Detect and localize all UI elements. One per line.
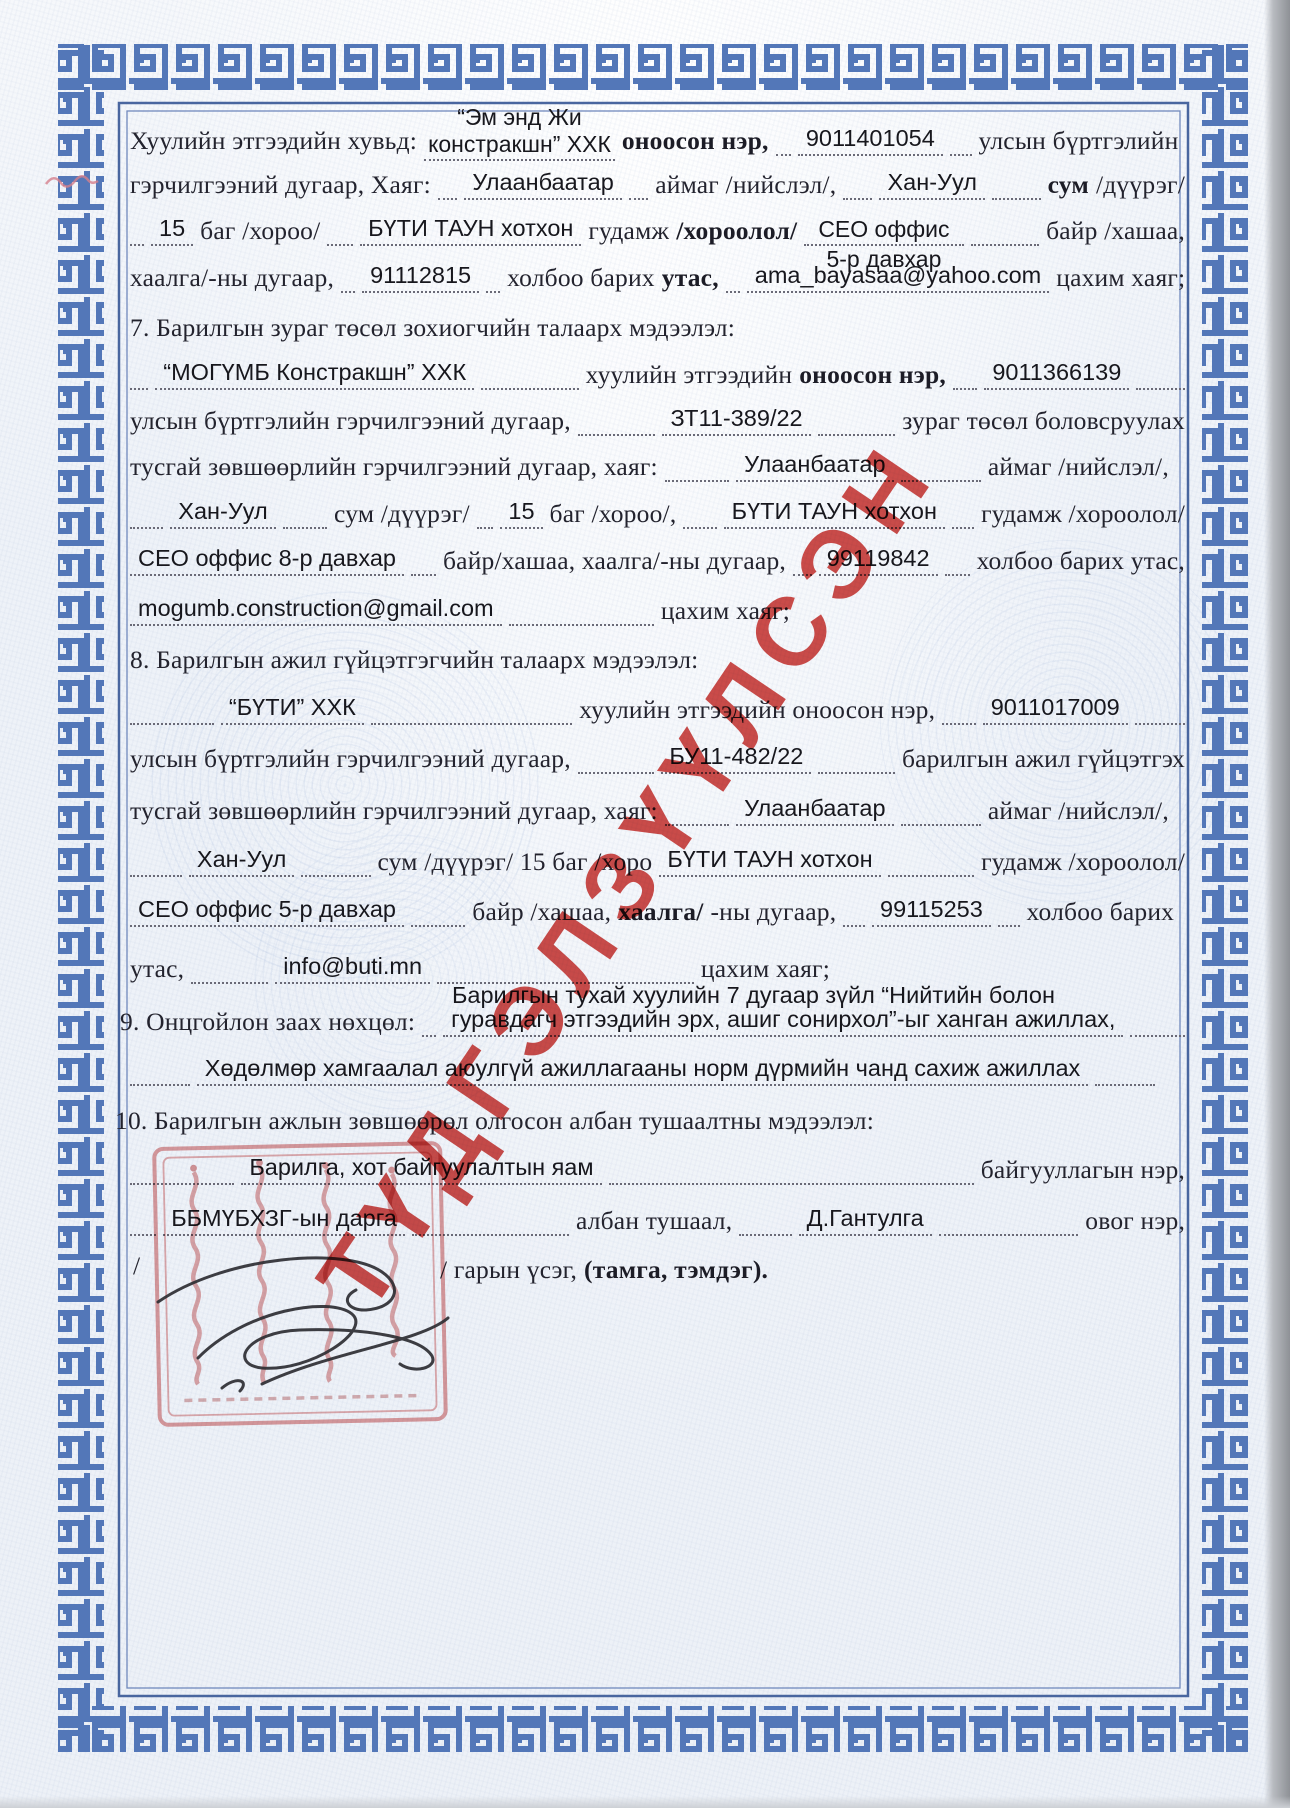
- filled-value: Улаанбаатар: [736, 795, 893, 826]
- dotted-leader: [793, 556, 812, 576]
- dotted-leader: [301, 857, 370, 877]
- form-text: холбоо барих: [507, 263, 655, 293]
- filled-value: гуравдагч этгээдийн эрх, ашиг сонирхол”-…: [443, 1006, 1123, 1037]
- dotted-leader: [998, 907, 1020, 927]
- form-text: оноосон нэр,: [799, 360, 946, 390]
- dotted-leader: [130, 509, 163, 529]
- dotted-leader: [992, 180, 1041, 200]
- form-text: утас,: [662, 263, 719, 293]
- form-line: “БҮТИ” ХХКхуулийн этгээдийн оноосон нэр,…: [130, 689, 1185, 725]
- dotted-leader: [1136, 370, 1185, 390]
- dotted-leader: [130, 370, 148, 390]
- dotted-leader: [327, 226, 353, 246]
- dotted-leader: [818, 416, 896, 436]
- dotted-leader: [953, 370, 977, 390]
- section-heading: 10. Барилгын ажлын зөвшөөрөл олгосон алб…: [115, 1100, 874, 1136]
- dotted-leader: [901, 806, 981, 826]
- dotted-leader: [609, 1165, 974, 1185]
- stacked-filled-value: “Эм энд Жиконстракшн” ХХК: [424, 104, 615, 161]
- form-line: СЕО оффис 8-р давхарбайр/хашаа, хаалга/-…: [130, 540, 1185, 576]
- dotted-leader: [665, 462, 729, 482]
- form-line: улсын бүртгэлийн гэрчилгээний дугаар,ЗТ1…: [130, 400, 1185, 436]
- dotted-leader: [481, 370, 578, 390]
- dotted-leader: [971, 226, 1040, 246]
- form-text: /: [133, 1251, 140, 1281]
- dotted-leader: [945, 556, 970, 576]
- form-text: аймаг /нийслэл/,: [655, 170, 836, 200]
- form-text: аймаг /нийслэл/,: [988, 796, 1169, 826]
- certificate-page: Хуулийн этгээдийн хувьд:“Эм энд Жиконстр…: [0, 0, 1290, 1808]
- dotted-leader: [130, 1216, 156, 1236]
- form-text: / гарын үсэг,: [440, 1255, 577, 1285]
- dotted-leader: [422, 1017, 436, 1037]
- filled-value: констракшн” ХХК: [424, 131, 615, 161]
- filled-value: mogumb.construction@gmail.com: [130, 595, 502, 626]
- form-text: байр/хашаа, хаалга/-ны дугаар,: [443, 546, 786, 576]
- filled-value: Хан-Уул: [189, 846, 294, 877]
- form-line: / гарын үсэг,(тамга, тэмдэг).: [440, 1249, 768, 1285]
- form-text: тусгай зөвшөөрлийн гэрчилгээний дугаар, …: [130, 796, 658, 826]
- form-line: 9. Онцгойлон заах нөхцөл:гуравдагч этгээ…: [120, 1001, 1185, 1037]
- dotted-leader: [438, 180, 457, 200]
- form-text: оноосон нэр,: [622, 126, 769, 156]
- dotted-leader: [283, 509, 327, 529]
- form-line: /: [133, 1245, 140, 1281]
- form-text: овог нэр,: [1085, 1206, 1185, 1236]
- form-text: улсын бүртгэлийн: [979, 126, 1179, 156]
- form-text: аймаг /нийслэл/,: [988, 452, 1169, 482]
- form-line: 15баг /хороо/БҮТИ ТАУН хотхонгудамж/хоро…: [130, 210, 1185, 246]
- filled-value: Хан-Уул: [879, 169, 984, 200]
- form-line: Хөдөлмөр хамгаалал аюулгүй ажиллагааны н…: [130, 1050, 1185, 1086]
- form-text: улсын бүртгэлийн гэрчилгээний дугаар,: [130, 744, 571, 774]
- form-text: хуулийн этгээдийн: [586, 360, 793, 390]
- filled-value: info@buti.mn: [275, 953, 430, 984]
- filled-value: ББМҮБХЗГ-ын дарга: [163, 1205, 405, 1236]
- dotted-leader: [130, 226, 144, 246]
- dotted-leader: [950, 136, 972, 156]
- dotted-leader: [411, 907, 465, 927]
- section-heading: 8. Барилгын ажил гүйцэтгэгчийн талаарх м…: [130, 639, 698, 675]
- filled-value: 15: [500, 498, 542, 529]
- filled-value: 99119842: [819, 545, 938, 576]
- form-line: Хан-Уулсум /дүүрэг/15баг /хороо/,БҮТИ ТА…: [130, 493, 1185, 529]
- dotted-leader: [843, 907, 865, 927]
- form-text: 9. Онцгойлон заах нөхцөл:: [120, 1007, 415, 1037]
- form-text: 8. Барилгын ажил гүйцэтгэгчийн талаарх м…: [130, 645, 698, 675]
- form-line: тусгай зөвшөөрлийн гэрчилгээний дугаар, …: [130, 790, 1185, 826]
- form-line: Барилга, хот байгуулалтын яамбайгууллагы…: [130, 1149, 1185, 1185]
- form-text: тусгай зөвшөөрлийн гэрчилгээний дугаар, …: [130, 452, 658, 482]
- form-text: зураг төсөл боловсруулах: [902, 406, 1185, 436]
- dotted-leader: [486, 273, 500, 293]
- form-line: mogumb.construction@gmail.comцахим хаяг;: [130, 590, 790, 626]
- form-line: гэрчилгээний дугаар, Хаяг:Улаанбаатарайм…: [130, 164, 1185, 200]
- dotted-leader: [509, 606, 654, 626]
- form-line: Хуулийн этгээдийн хувьд:“Эм энд Жиконстр…: [130, 120, 1185, 156]
- dotted-leader: [371, 705, 572, 725]
- form-text: сум /дүүрэг/ 15 баг /хоро: [378, 847, 653, 877]
- dotted-leader: [130, 705, 214, 725]
- form-text: хаалга/-ны дугаар,: [130, 263, 334, 293]
- dotted-leader: [942, 705, 976, 725]
- filled-value: “Эм энд Жи: [453, 104, 585, 131]
- dotted-leader: [341, 273, 355, 293]
- form-text: гудамж: [588, 216, 669, 246]
- dotted-leader: [726, 273, 740, 293]
- form-text: хаалга/: [618, 897, 703, 927]
- filled-value: СЕО оффис: [804, 216, 963, 246]
- form-text: албан тушаал,: [576, 1206, 732, 1236]
- scan-edge: [0, 1796, 1290, 1808]
- filled-value: БУ11-482/22: [661, 743, 811, 774]
- dotted-leader: [1135, 705, 1185, 725]
- form-text: сум: [1048, 170, 1089, 200]
- form-line: тусгай зөвшөөрлийн гэрчилгээний дугаар, …: [130, 446, 1185, 482]
- section-heading: 7. Барилгын зураг төсөл зохиогчийн талаа…: [130, 307, 735, 343]
- form-text: хуулийн этгээдийн оноосон нэр,: [579, 695, 935, 725]
- form-text: байр /хашаа,: [472, 897, 611, 927]
- dotted-leader: [130, 1165, 234, 1185]
- dotted-leader: [952, 509, 974, 529]
- filled-value: Улаанбаатар: [464, 169, 621, 200]
- form-text: баг /хороо/: [200, 216, 320, 246]
- filled-value: БҮТИ ТАУН хотхон: [724, 498, 945, 529]
- dotted-leader: [818, 754, 895, 774]
- filled-value: “МОГҮМБ Констракшн” ХХК: [155, 359, 474, 390]
- form-text: утас,: [130, 954, 184, 984]
- filled-value: Хан-Уул: [170, 498, 275, 529]
- form-text: баг /хороо/,: [550, 499, 677, 529]
- filled-value: БҮТИ ТАУН хотхон: [360, 215, 581, 246]
- form-text: байр /хашаа,: [1046, 216, 1185, 246]
- form-text: 7. Барилгын зураг төсөл зохиогчийн талаа…: [130, 313, 735, 343]
- form-text: барилгын ажил гүйцэтгэх: [902, 744, 1185, 774]
- dotted-leader: [843, 180, 872, 200]
- dotted-leader: [939, 1216, 1079, 1236]
- filled-value: “БҮТИ” ХХК: [221, 694, 364, 725]
- dotted-leader: [130, 857, 182, 877]
- form-text: /хороолол/: [676, 216, 797, 246]
- filled-value: 9011017009: [983, 694, 1128, 725]
- dotted-leader: [578, 754, 655, 774]
- form-text: (тамга, тэмдэг).: [584, 1255, 768, 1285]
- form-line: хаалга/-ны дугаар,91112815холбоо барихут…: [130, 257, 1185, 293]
- form-text: 10. Барилгын ажлын зөвшөөрөл олгосон алб…: [115, 1106, 874, 1136]
- filled-value: СЕО оффис 8-р давхар: [130, 545, 404, 576]
- scan-edge: [1264, 0, 1290, 1808]
- dotted-leader: [578, 416, 656, 436]
- form-text: гудамж /хороолол/: [981, 847, 1185, 877]
- dotted-leader: [888, 857, 974, 877]
- form-text: цахим хаяг;: [1056, 263, 1185, 293]
- filled-value: ama_bayasaa@yahoo.com: [747, 262, 1049, 293]
- form-text: цахим хаяг;: [661, 596, 790, 626]
- filled-value: Улаанбаатар: [736, 451, 893, 482]
- filled-value: 99115253: [872, 896, 991, 927]
- form-text: улсын бүртгэлийн гэрчилгээний дугаар,: [130, 406, 571, 436]
- form-line: ББМҮБХЗГ-ын даргаалбан тушаал,Д.Гантулга…: [130, 1200, 1185, 1236]
- filled-value: 15: [151, 215, 193, 246]
- form-text: холбоо барих: [1027, 897, 1175, 927]
- dotted-leader: [477, 509, 494, 529]
- filled-value: СЕО оффис 5-р давхар: [130, 896, 404, 927]
- filled-value: 9011401054: [798, 125, 943, 156]
- form-line: Хан-Уулсум /дүүрэг/ 15 баг /хороБҮТИ ТАУ…: [130, 841, 1185, 877]
- dotted-leader: [776, 136, 791, 156]
- filled-value: Барилга, хот байгуулалтын яам: [241, 1154, 601, 1185]
- dotted-leader: [901, 462, 981, 482]
- form-text: гудамж /хороолол/: [981, 499, 1185, 529]
- form-text: -ны дугаар,: [710, 897, 836, 927]
- filled-value: Хөдөлмөр хамгаалал аюулгүй ажиллагааны н…: [197, 1055, 1089, 1086]
- form-line: “МОГҮМБ Констракшн” ХХКхуулийн этгээдийн…: [130, 354, 1185, 390]
- form-text: /дүүрэг/: [1096, 170, 1185, 200]
- form-text: сум /дүүрэг/: [334, 499, 470, 529]
- form-text: байгууллагын нэр,: [981, 1155, 1185, 1185]
- filled-value: Д.Гантулга: [799, 1205, 932, 1236]
- form-text: гэрчилгээний дугаар, Хаяг:: [130, 170, 431, 200]
- filled-value: 9011366139: [984, 359, 1129, 390]
- filled-value: БҮТИ ТАУН хотхон: [659, 846, 880, 877]
- form-text: Хуулийн этгээдийн хувьд:: [130, 126, 417, 156]
- dotted-leader: [739, 1216, 791, 1236]
- dotted-leader: [412, 1216, 569, 1236]
- filled-value: 91112815: [362, 262, 479, 293]
- dotted-leader: [1130, 1017, 1185, 1037]
- form-line: улсын бүртгэлийн гэрчилгээний дугаар,БУ1…: [130, 738, 1185, 774]
- dotted-leader: [1095, 1066, 1155, 1086]
- dotted-leader: [191, 964, 268, 984]
- filled-value: ЗТ11-389/22: [662, 405, 810, 436]
- form-line: СЕО оффис 5-р давхарбайр /хашаа,хаалга/-…: [130, 891, 1185, 927]
- dotted-leader: [411, 556, 436, 576]
- dotted-leader: [629, 180, 648, 200]
- dotted-leader: [683, 509, 716, 529]
- dotted-leader: [130, 1066, 190, 1086]
- dotted-leader: [665, 806, 729, 826]
- form-text: холбоо барих утас,: [977, 546, 1185, 576]
